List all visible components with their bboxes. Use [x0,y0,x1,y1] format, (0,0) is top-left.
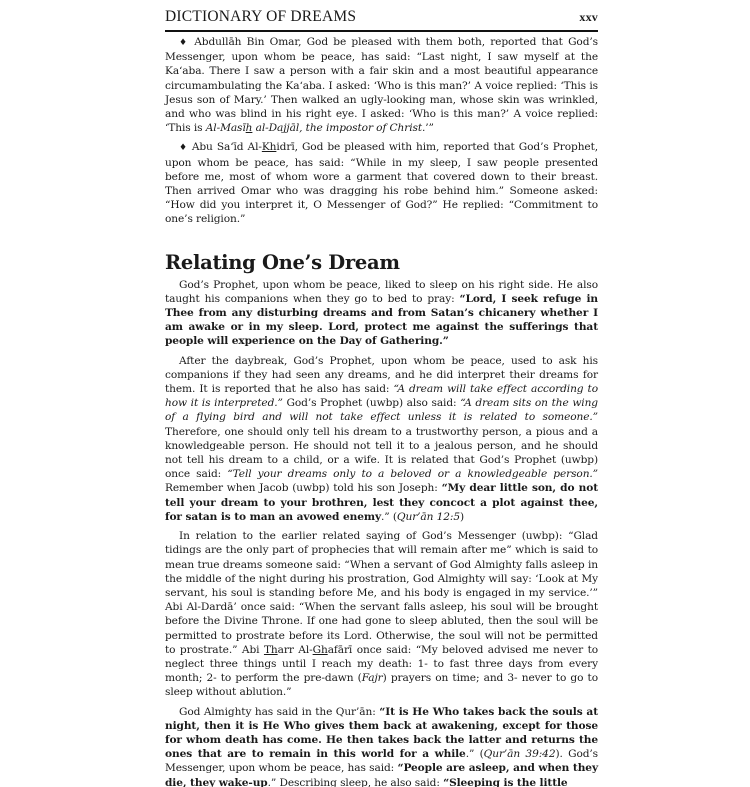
diamond-bullet-icon: ♦ [179,143,188,153]
text: Al-Masī [206,122,246,134]
text: God Almighty has said in the Qur’ān: [179,706,379,718]
text: .” Describing sleep, he also said: [268,777,443,787]
paragraph-after-daybreak: After the daybreak, God’s Prophet, upon … [165,354,598,524]
book-page: DICTIONARY OF DREAMS xxv ♦ Abdullāh Bin … [165,8,598,787]
text: Remember when Jacob (uwbp) told his son … [165,482,442,494]
paragraph-abdullah-hadith: ♦ Abdullāh Bin Omar, God be pleased with… [165,35,598,135]
text: .” ( [466,748,484,760]
running-head-title: DICTIONARY OF DREAMS [165,8,356,26]
text: .” ( [381,511,397,523]
text: Abdullāh Bin Omar, God be pleased with t… [165,36,598,134]
paragraph-prayer: God’s Prophet, upon whom be peace, liked… [165,278,598,349]
citation: Qur’ān 12:5 [397,511,460,523]
text: arr Al- [278,644,313,656]
italic-quote: “Tell your dreams only to a beloved or a… [227,468,598,480]
running-head: DICTIONARY OF DREAMS xxv [165,8,598,32]
underlined-text: Th [264,644,278,656]
citation: Qur’ān 39:42 [484,748,556,760]
section-heading: Relating One’s Dream [165,251,598,275]
page-number: xxv [579,10,598,25]
text: ) [460,511,464,523]
text: God’s Prophet (uwbp) also said: [283,397,460,409]
paragraph-quran-souls: God Almighty has said in the Qur’ān: “It… [165,705,598,787]
diamond-bullet-icon: ♦ [179,38,189,48]
paragraph-abu-said-hadith: ♦ Abu Sa‘īd Al-Khidrī, God be pleased wi… [165,140,598,226]
text: Abu Sa‘īd Al- [188,141,262,153]
underlined-text: Gh [313,644,328,656]
bold-quote: “Sleeping is the little [443,777,567,787]
italic-text: Al-Masīh al-Dajjāl, the impostor of Chri… [206,122,426,134]
text: ’” [425,122,434,134]
text: idrī, God be pleased with him, reported … [165,141,598,225]
underlined-text: Kh [262,141,277,153]
text: al-Dajjāl, the impostor of Christ. [252,122,425,134]
paragraph-glad-tidings: In relation to the earlier related sayin… [165,529,598,699]
italic-text: Fajr [362,672,383,684]
text: In relation to the earlier related sayin… [165,530,598,656]
